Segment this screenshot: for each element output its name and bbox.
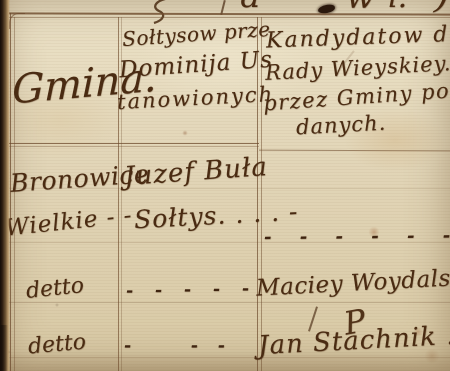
faint-ledger-line-3: [9, 302, 450, 303]
header-bottom-rule-left: [9, 143, 259, 144]
faint-ledger-line-4: [9, 357, 450, 358]
header-soltysi-line-3: tanowionych: [117, 84, 275, 113]
header-kandydaci-line-2: Rady Wieyskiey.: [265, 53, 450, 84]
header-kandydaci-line-4: danych.: [296, 113, 387, 139]
header-bottom-rule-right: [259, 150, 450, 152]
row2-candidate-name: Maciey Woydalski: [256, 266, 450, 300]
header-kandydaci-line-1: Kandydatow do: [266, 24, 450, 53]
row2-soltys-dashes: - - - - -: [126, 281, 249, 300]
header-soltysi-line-1: Sołtysow prze: [121, 19, 271, 49]
cutoff-letter-i: i.: [388, 0, 407, 13]
table-top-rule: [9, 12, 450, 15]
row1-candidate-dashes: - - - - - -: [264, 227, 450, 247]
page-binding-edge-shadow: [0, 325, 8, 371]
cutoff-letter-w: w: [346, 0, 374, 13]
manuscript-page: a w i. ) Gmina. Sołtysow prze Dominija U…: [0, 0, 450, 371]
page-binding-edge: [0, 0, 10, 371]
row3-gmina-ditto: detto: [27, 332, 87, 359]
header-bottom-rule-left-inner: [9, 146, 259, 147]
header-soltysi-line-2: Dominija Us: [118, 49, 273, 83]
row2-gmina-ditto: detto: [25, 275, 85, 303]
cutoff-letter-a: a: [240, 0, 260, 13]
table-corner-curve: [9, 13, 25, 29]
row1-gmina-line-2: Wielkie - -: [4, 204, 133, 240]
row3-candidate-name: Jan Stachnik .: [257, 323, 450, 359]
row3-soltys-dashes: - - -: [124, 338, 225, 355]
header-kandydaci-line-3: przez Gminy po: [262, 80, 450, 114]
table-top-rule-inner: [9, 17, 450, 18]
